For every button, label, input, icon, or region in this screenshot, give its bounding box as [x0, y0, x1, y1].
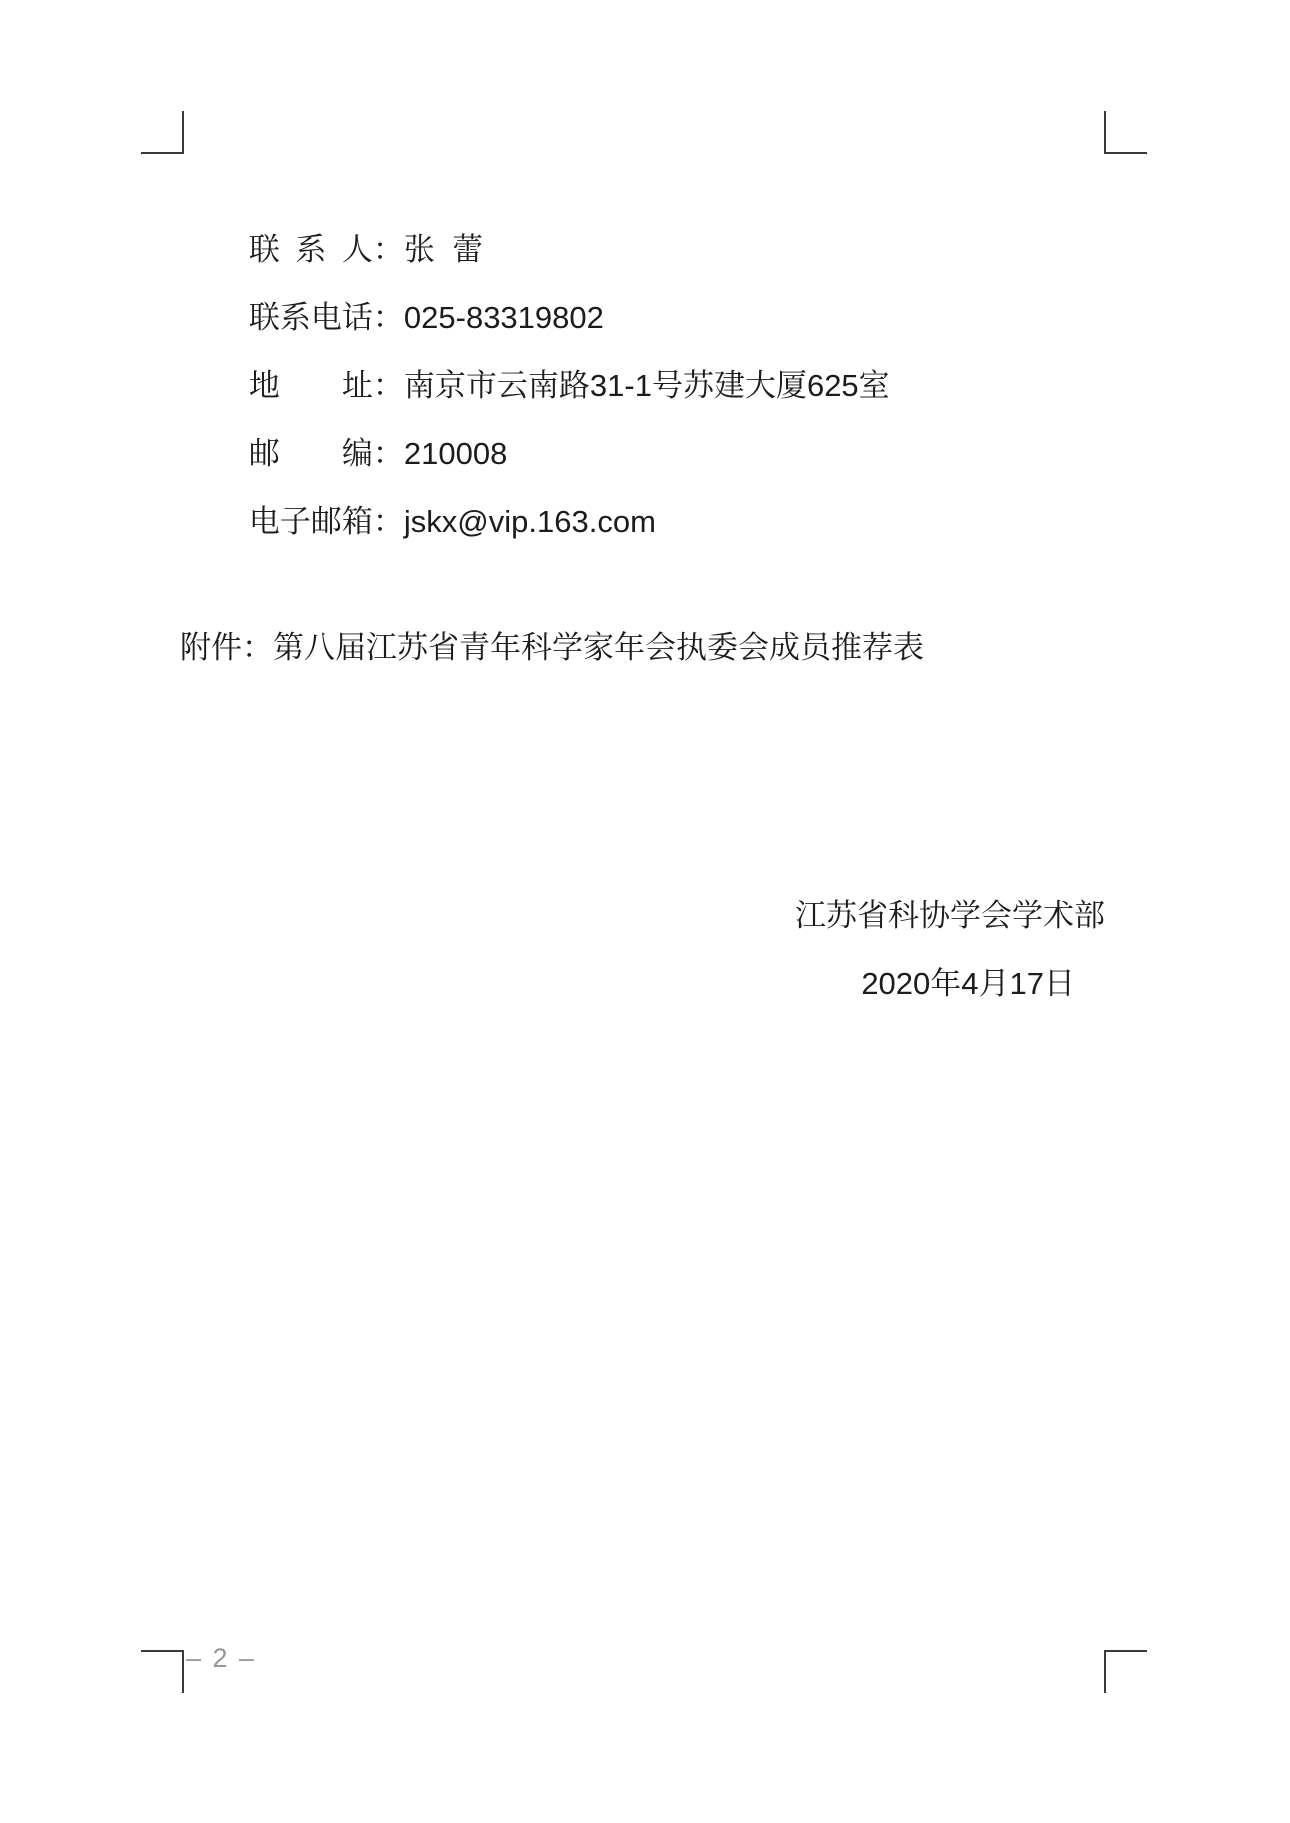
label-char: 邮 [249, 420, 280, 488]
label-char: 箱 [342, 488, 373, 556]
contact-label: 联系人 [249, 216, 373, 284]
contact-info-block: 联系人：张 蕾 联系电话：025-83319802 地址：南京市云南路31-1号… [180, 148, 890, 488]
page-number: – 2 – [186, 1642, 256, 1674]
label-char: 人 [342, 216, 373, 284]
label-char: 编 [342, 420, 373, 488]
contact-value: 南京市云南路31-1号苏建大厦625室 [404, 368, 890, 403]
contact-value: 025-83319802 [404, 300, 604, 335]
label-char: 邮 [311, 488, 342, 556]
label-char: 电 [249, 488, 280, 556]
contact-value: 210008 [404, 436, 507, 471]
contact-label: 联系电话 [249, 284, 373, 352]
signature-date: 2020年4月17日 [180, 950, 1105, 1018]
document-page: 联系人：张 蕾 联系电话：025-83319802 地址：南京市云南路31-1号… [0, 0, 1290, 1823]
contact-label: 邮编 [249, 420, 373, 488]
label-char: 系 [280, 284, 311, 352]
label-char: 联 [249, 284, 280, 352]
contact-line: 联系人：张 蕾 [180, 148, 890, 216]
crop-mark-bottom-left [141, 1650, 184, 1693]
contact-value: 张 蕾 [404, 232, 483, 267]
label-char: 电 [311, 284, 342, 352]
label-char: 话 [342, 284, 373, 352]
contact-colon: ： [373, 488, 404, 556]
label-char: 子 [280, 488, 311, 556]
label-char: 联 [249, 216, 280, 284]
contact-colon: ： [373, 420, 404, 488]
contact-colon: ： [373, 352, 404, 420]
label-char: 地 [249, 352, 280, 420]
signature-organization: 江苏省科协学会学术部 [180, 882, 1105, 950]
contact-colon: ： [373, 216, 404, 284]
crop-mark-top-left [141, 111, 184, 154]
attachment-line: 附件：第八届江苏省青年科学家年会执委会成员推荐表 [180, 614, 924, 682]
contact-label: 地址 [249, 352, 373, 420]
contact-colon: ： [373, 284, 404, 352]
contact-label: 电子邮箱 [249, 488, 373, 556]
crop-mark-bottom-right [1104, 1650, 1147, 1693]
signature-block: 江苏省科协学会学术部 2020年4月17日 [180, 882, 1105, 1018]
label-char: 系 [295, 216, 326, 284]
crop-mark-top-right [1104, 111, 1147, 154]
label-char: 址 [342, 352, 373, 420]
contact-value: jskx@vip.163.com [404, 504, 656, 539]
